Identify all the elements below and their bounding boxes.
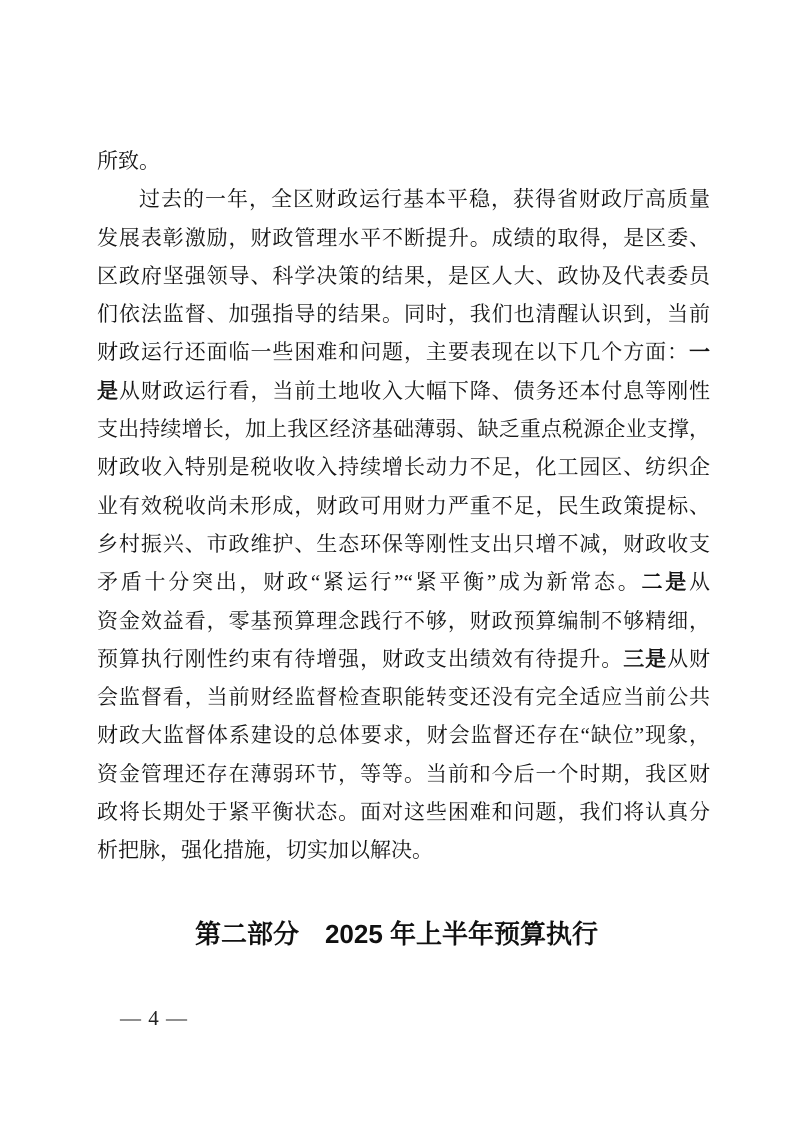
- body-text-segment: 析把脉，强化措施，切实加以解决。: [97, 838, 433, 862]
- text-line: 是从财政运行看，当前土地收入大幅下降、债务还本付息等刚性: [97, 372, 710, 410]
- emphasis-text: 二是: [641, 570, 689, 594]
- text-line: 财政运行还面临一些困难和问题，主要表现在以下几个方面：一: [97, 333, 710, 371]
- text-line: 乡村振兴、市政维护、生态环保等刚性支出只增不减，财政收支: [97, 525, 710, 563]
- emphasis-text: 一: [689, 340, 710, 364]
- body-text-segment: 矛盾十分突出，财政“紧运行”“紧平衡”成为新常态。: [97, 570, 641, 594]
- text-line: 析把脉，强化措施，切实加以解决。: [97, 831, 710, 869]
- text-line: 区政府坚强领导、科学决策的结果，是区人大、政协及代表委员: [97, 257, 710, 295]
- text-line: 会监督看，当前财经监督检查职能转变还没有完全适应当前公共: [97, 678, 710, 716]
- page-number: — 4 —: [120, 1003, 188, 1033]
- body-text-segment: 从财政运行看，当前土地收入大幅下降、债务还本付息等刚性: [119, 379, 710, 403]
- body-text-segment: 从: [689, 570, 710, 594]
- text-line: 们依法监督、加强指导的结果。同时，我们也清醒认识到，当前: [97, 295, 710, 333]
- body-text-segment: 财政大监督体系建设的总体要求，财会监督还存在“缺位”现象，: [97, 723, 710, 747]
- body-text-segment: 政将长期处于紧平衡状态。面对这些困难和问题，我们将认真分: [97, 800, 710, 824]
- text-line: 发展表彰激励，财政管理水平不断提升。成绩的取得，是区委、: [97, 219, 710, 257]
- text-line: 过去的一年，全区财政运行基本平稳，获得省财政厅高质量: [97, 180, 710, 218]
- body-text-segment: 过去的一年，全区财政运行基本平稳，获得省财政厅高质量: [139, 187, 710, 211]
- text-line: 财政收入特别是税收收入持续增长动力不足，化工园区、纺织企: [97, 448, 710, 486]
- body-text-segment: 支出持续增长，加上我区经济基础薄弱、缺乏重点税源企业支撑，: [97, 417, 710, 441]
- body-text-segment: 财政收入特别是税收收入持续增长动力不足，化工园区、纺织企: [97, 455, 710, 479]
- emphasis-text: 是: [97, 379, 119, 403]
- body-text-segment: 会监督看，当前财经监督检查职能转变还没有完全适应当前公共: [97, 685, 710, 709]
- body-text-segment: 乡村振兴、市政维护、生态环保等刚性支出只增不减，财政收支: [97, 532, 710, 556]
- text-line: 支出持续增长，加上我区经济基础薄弱、缺乏重点税源企业支撑，: [97, 410, 710, 448]
- body-text-segment: 财政运行还面临一些困难和问题，主要表现在以下几个方面：: [97, 340, 689, 364]
- text-line: 资金效益看，零基预算理念践行不够，财政预算编制不够精细，: [97, 602, 710, 640]
- body-text-segment: 预算执行刚性约束有待增强，财政支出绩效有待提升。: [97, 647, 623, 671]
- text-line: 政将长期处于紧平衡状态。面对这些困难和问题，我们将认真分: [97, 793, 710, 831]
- body-text-segment: 们依法监督、加强指导的结果。同时，我们也清醒认识到，当前: [97, 302, 710, 326]
- body-text-segment: 发展表彰激励，财政管理水平不断提升。成绩的取得，是区委、: [97, 226, 710, 250]
- body-text-segment: 区政府坚强领导、科学决策的结果，是区人大、政协及代表委员: [97, 264, 710, 288]
- document-page: 所致。过去的一年，全区财政运行基本平稳，获得省财政厅高质量发展表彰激励，财政管理…: [0, 0, 793, 1122]
- body-text-segment: 所致。: [97, 149, 160, 173]
- text-line: 财政大监督体系建设的总体要求，财会监督还存在“缺位”现象，: [97, 716, 710, 754]
- text-line: 业有效税收尚未形成，财政可用财力严重不足，民生政策提标、: [97, 487, 710, 525]
- document-body: 所致。过去的一年，全区财政运行基本平稳，获得省财政厅高质量发展表彰激励，财政管理…: [97, 142, 710, 870]
- body-text-segment: 业有效税收尚未形成，财政可用财力严重不足，民生政策提标、: [97, 494, 710, 518]
- emphasis-text: 三是: [623, 647, 667, 671]
- text-line: 矛盾十分突出，财政“紧运行”“紧平衡”成为新常态。二是从: [97, 563, 710, 601]
- text-line: 所致。: [97, 142, 710, 180]
- body-text-segment: 从财: [667, 647, 710, 671]
- text-line: 资金管理还存在薄弱环节，等等。当前和今后一个时期，我区财: [97, 755, 710, 793]
- body-text-segment: 资金管理还存在薄弱环节，等等。当前和今后一个时期，我区财: [97, 762, 710, 786]
- body-text-segment: 资金效益看，零基预算理念践行不够，财政预算编制不够精细，: [97, 609, 710, 633]
- text-line: 预算执行刚性约束有待增强，财政支出绩效有待提升。三是从财: [97, 640, 710, 678]
- section-heading: 第二部分 2025 年上半年预算执行: [0, 914, 793, 954]
